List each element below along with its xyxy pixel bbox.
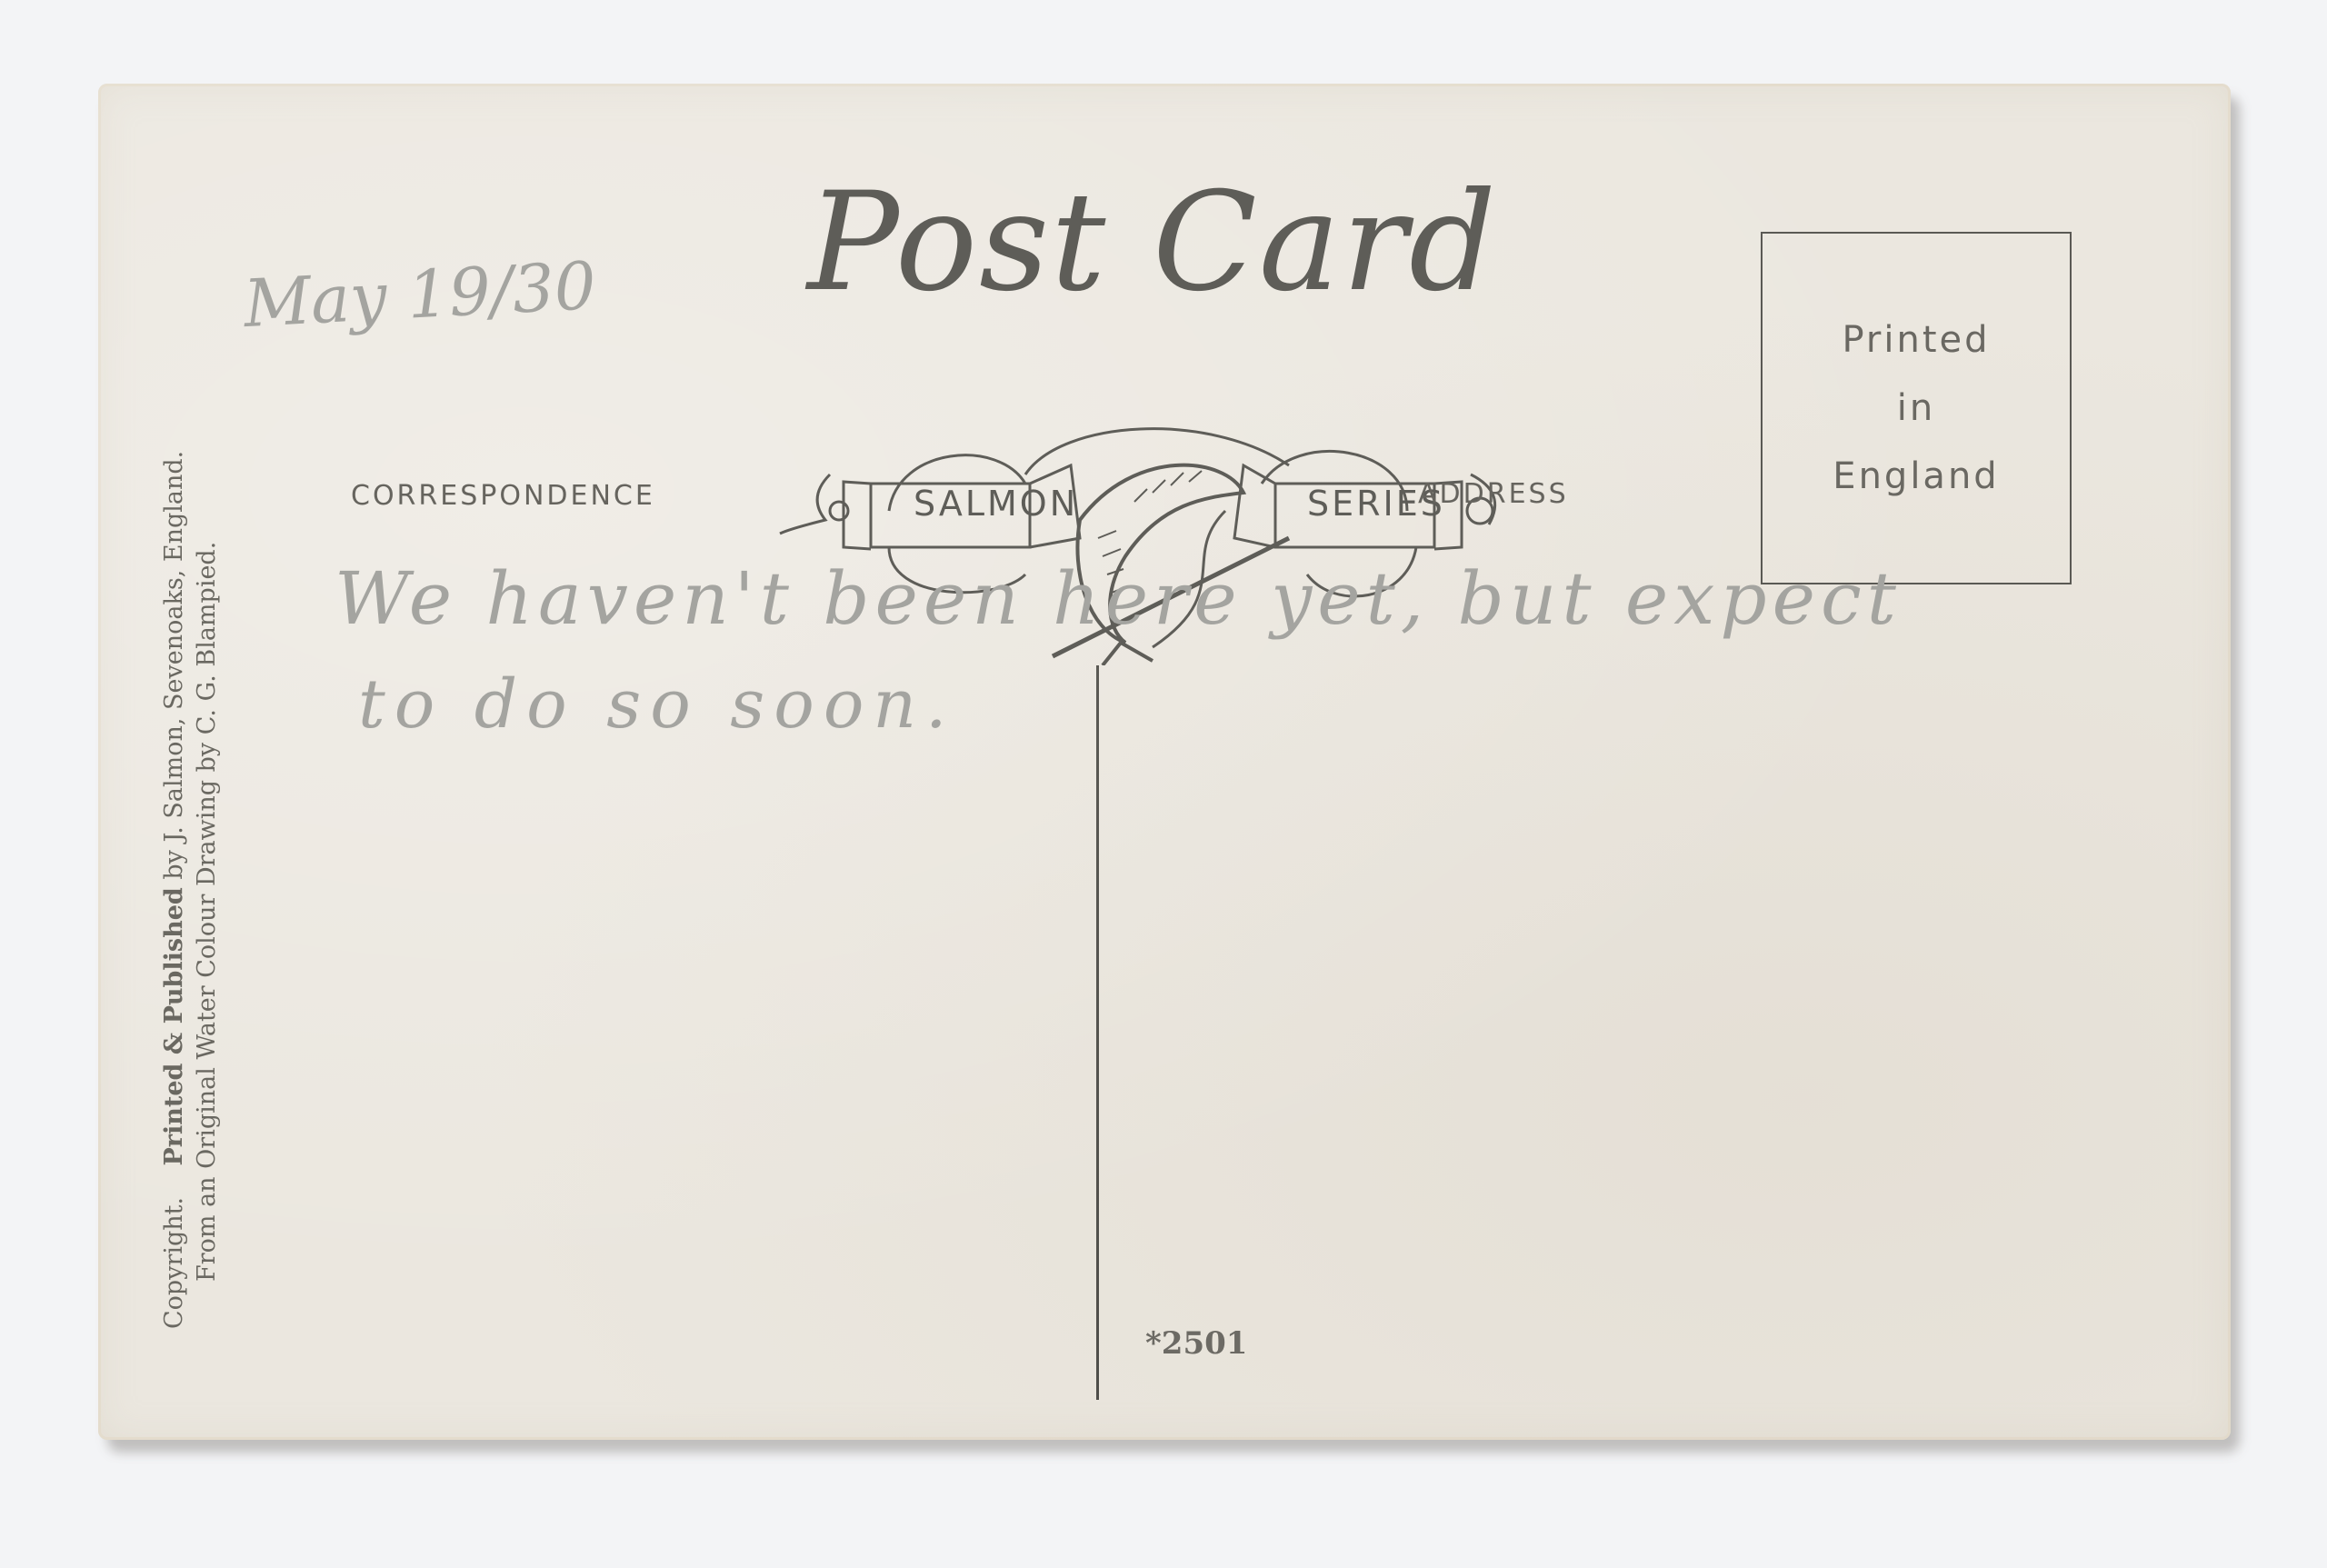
stamp-line-3: England bbox=[1763, 443, 2070, 511]
publisher-imprint: Copyright. Printed & Published by J. Sal… bbox=[158, 147, 224, 1329]
stamp-box-text: Printed in England bbox=[1763, 306, 2070, 511]
handwritten-message-line-2: to do so soon. bbox=[358, 665, 956, 744]
imprint-copyright: Copyright. bbox=[160, 1197, 188, 1329]
imprint-printed-published: Printed & Published bbox=[160, 887, 188, 1165]
stamp-box: Printed in England bbox=[1761, 232, 2072, 584]
handwritten-date: May 19/30 bbox=[242, 247, 598, 342]
stamp-line-1: Printed bbox=[1763, 306, 2070, 375]
banner-salmon: SALMON bbox=[914, 484, 1078, 524]
catalogue-number: *2501 bbox=[1145, 1325, 1247, 1362]
imprint-artist: From an Original Water Colour Drawing by… bbox=[191, 147, 224, 1329]
postcard: Copyright. Printed & Published by J. Sal… bbox=[98, 84, 2231, 1440]
handwritten-message-line-1: We haven't been here yet, but expect bbox=[335, 556, 1902, 641]
correspondence-header: CORRESPONDENCE bbox=[351, 480, 655, 512]
stamp-line-2: in bbox=[1763, 375, 2070, 443]
address-header: ADDRESS bbox=[1418, 478, 1569, 510]
postcard-title: Post Card bbox=[671, 165, 1634, 320]
imprint-publisher: by J. Salmon, Sevenoaks, England. bbox=[160, 451, 188, 880]
center-divider-line bbox=[1096, 665, 1099, 1400]
